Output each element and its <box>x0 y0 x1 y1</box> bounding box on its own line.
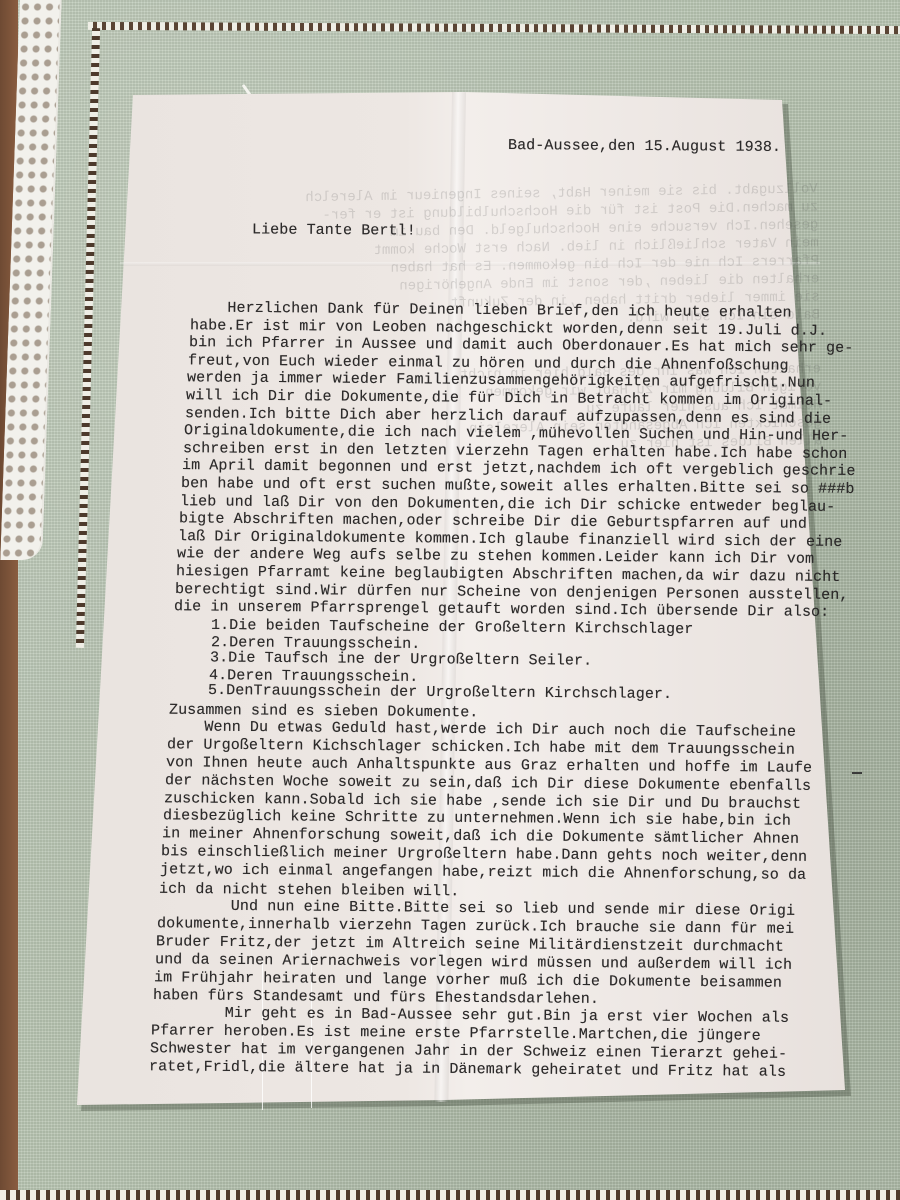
letter-line: 5.DenTrauungsschein der Urgroßeltern Kir… <box>208 682 672 703</box>
salutation: Liebe Tante Bertl! <box>252 221 416 239</box>
margin-mark <box>852 772 862 774</box>
typewritten-letter: Bad-Aussee,den 15.August 1938. Liebe Tan… <box>0 0 900 1200</box>
place-and-date: Bad-Aussee,den 15.August 1938. <box>508 137 781 156</box>
